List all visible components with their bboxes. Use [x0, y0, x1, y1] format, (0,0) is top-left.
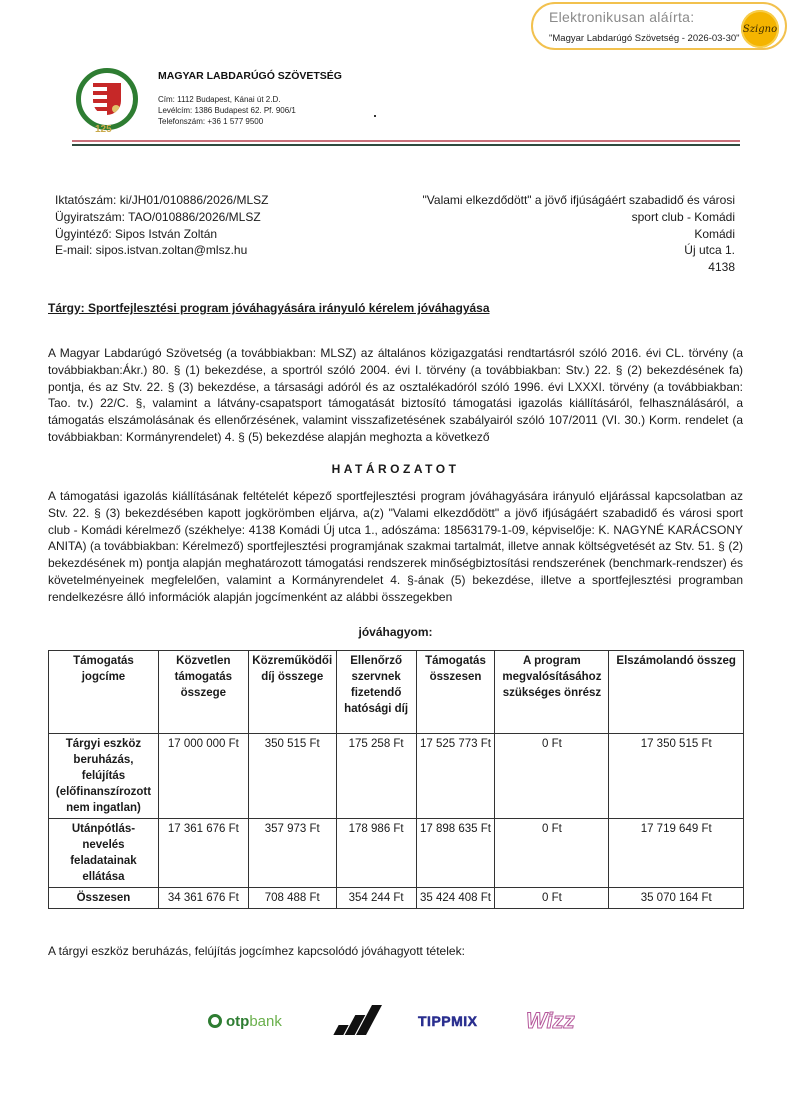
- cell-fee: 708 488 Ft: [248, 888, 336, 909]
- table-row: Tárgyi eszköz beruházás, felújítás (előf…: [49, 734, 744, 819]
- table-header-row: Támogatás jogcíme Közvetlen támogatás ös…: [49, 651, 744, 734]
- cell-settle: 17 350 515 Ft: [609, 734, 744, 819]
- cell-total: 17 525 773 Ft: [416, 734, 495, 819]
- recipient-line-2: sport club - Komádi: [375, 209, 735, 226]
- case-metadata: Iktatószám: ki/JH01/010886/2026/MLSZ Ügy…: [55, 192, 268, 259]
- row-title: Összesen: [49, 888, 159, 909]
- otp-circle-icon: [208, 1014, 222, 1028]
- subject-line: Tárgy: Sportfejlesztési program jóváhagy…: [48, 300, 490, 317]
- org-name: MAGYAR LABDARÚGÓ SZÖVETSÉG: [158, 70, 342, 82]
- tippmix-logo-icon: TIPPMIX: [418, 1003, 478, 1039]
- logo-year: 125: [95, 124, 112, 135]
- cell-direct: 34 361 676 Ft: [158, 888, 248, 909]
- col-header-own-share: A program megvalósításához szükséges önr…: [495, 651, 609, 734]
- col-header-direct: Közvetlen támogatás összege: [158, 651, 248, 734]
- recipient-line-5: 4138: [375, 259, 735, 276]
- row-title: Tárgyi eszköz beruházás, felújítás (előf…: [49, 734, 159, 819]
- cell-total: 17 898 635 Ft: [416, 819, 495, 888]
- cell-own-share: 0 Ft: [495, 888, 609, 909]
- signature-seal-icon: Szigno: [741, 10, 779, 48]
- cell-own-share: 0 Ft: [495, 819, 609, 888]
- handler-email[interactable]: E-mail: sipos.istvan.zoltan@mlsz.hu: [55, 242, 268, 259]
- cell-own-share: 0 Ft: [495, 734, 609, 819]
- cell-fee: 357 973 Ft: [248, 819, 336, 888]
- cell-audit-fee: 175 258 Ft: [336, 734, 416, 819]
- header-rule-white: [72, 142, 740, 143]
- items-intro: A tárgyi eszköz beruházás, felújítás jog…: [48, 943, 743, 960]
- intro-paragraph: A Magyar Labdarúgó Szövetség (a továbbia…: [48, 345, 743, 446]
- org-phone: Telefonszám: +36 1 577 9500: [158, 117, 263, 126]
- decision-paragraph: A támogatási igazolás kiállításának felt…: [48, 488, 743, 606]
- sponsor-logos: otpbank TIPPMIX Wizz: [0, 1003, 791, 1039]
- cell-fee: 350 515 Ft: [248, 734, 336, 819]
- decorative-dot: [374, 115, 376, 117]
- org-postal-address: Levélcím: 1386 Budapest 62. Pf. 906/1: [158, 106, 296, 115]
- cell-audit-fee: 178 986 Ft: [336, 819, 416, 888]
- col-header-fee: Közreműködői díj összege: [248, 651, 336, 734]
- otp-text: otp: [226, 1013, 249, 1030]
- signature-signer: "Magyar Labdarúgó Szövetség - 2026-03-30…: [549, 33, 740, 44]
- cell-settle: 35 070 164 Ft: [609, 888, 744, 909]
- cell-settle: 17 719 649 Ft: [609, 819, 744, 888]
- decision-heading: HATÁROZATOT: [0, 461, 791, 478]
- e-signature-badge: Elektronikusan aláírta: "Magyar Labdarúg…: [531, 2, 787, 50]
- bank-text: bank: [249, 1013, 282, 1030]
- row-title: Utánpótlás-nevelés feladatainak ellátása: [49, 819, 159, 888]
- cell-total: 35 424 408 Ft: [416, 888, 495, 909]
- approval-table: Támogatás jogcíme Közvetlen támogatás ös…: [48, 650, 744, 909]
- recipient-line-4: Új utca 1.: [375, 242, 735, 259]
- cell-audit-fee: 354 244 Ft: [336, 888, 416, 909]
- recipient-line-1: "Valami elkezdődött" a jövő ifjúságáért …: [375, 192, 735, 209]
- signature-title: Elektronikusan aláírta:: [549, 9, 694, 25]
- approve-label: jóváhagyom:: [0, 624, 791, 641]
- cell-direct: 17 000 000 Ft: [158, 734, 248, 819]
- col-header-audit-fee: Ellenőrző szervnek fizetendő hatósági dí…: [336, 651, 416, 734]
- recipient-line-3: Komádi: [375, 226, 735, 243]
- otpbank-logo-icon: otpbank: [208, 1003, 282, 1039]
- mlsz-logo-icon: [76, 68, 138, 130]
- col-header-title: Támogatás jogcíme: [49, 651, 159, 734]
- header-rule-green: [72, 144, 740, 146]
- recipient-address: "Valami elkezdődött" a jövő ifjúságáért …: [375, 192, 735, 276]
- adidas-logo-icon: [332, 1003, 380, 1039]
- case-handler: Ügyintéző: Sipos István Zoltán: [55, 226, 268, 243]
- wizz-logo-icon: Wizz: [526, 1003, 575, 1039]
- org-address: Cím: 1112 Budapest, Kánai út 2.D.: [158, 95, 280, 104]
- table-row: Utánpótlás-nevelés feladatainak ellátása…: [49, 819, 744, 888]
- cell-direct: 17 361 676 Ft: [158, 819, 248, 888]
- col-header-settle: Elszámolandó összeg: [609, 651, 744, 734]
- table-row-total: Összesen 34 361 676 Ft 708 488 Ft 354 24…: [49, 888, 744, 909]
- filing-number: Iktatószám: ki/JH01/010886/2026/MLSZ: [55, 192, 268, 209]
- case-number: Ügyiratszám: TAO/010886/2026/MLSZ: [55, 209, 268, 226]
- col-header-total: Támogatás összesen: [416, 651, 495, 734]
